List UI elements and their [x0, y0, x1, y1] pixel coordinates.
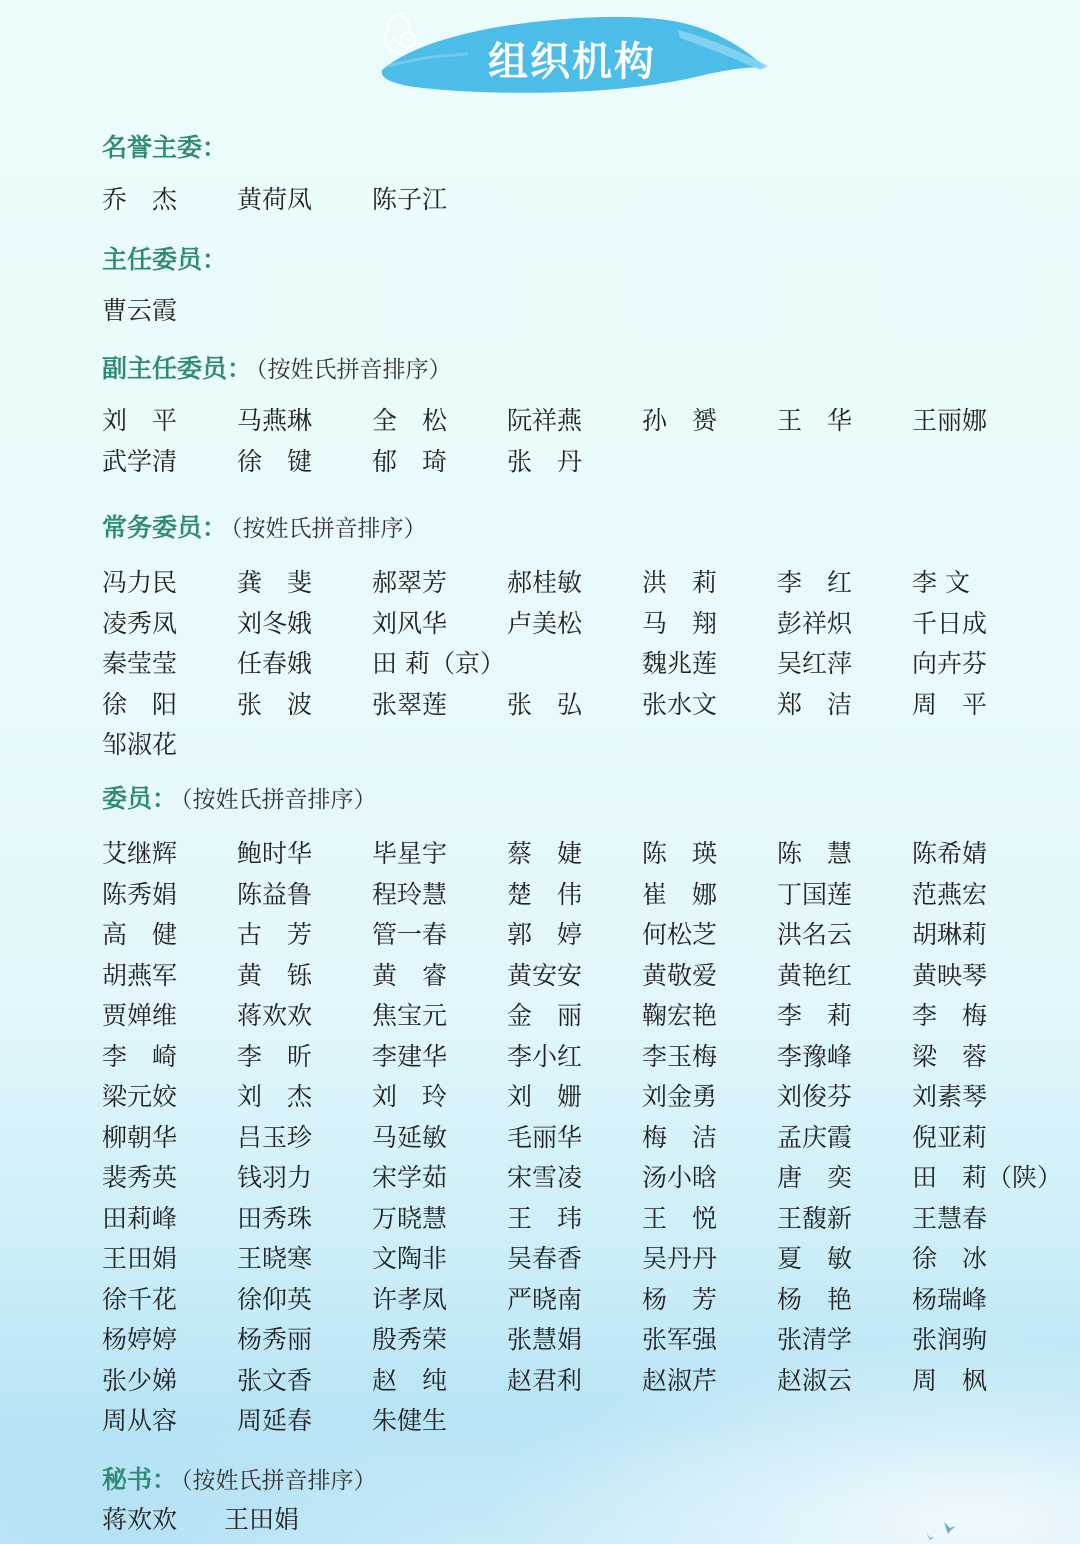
list-item: 陈希婧 — [912, 834, 1047, 875]
list-item: 吴春香 — [507, 1239, 642, 1280]
list-item: 梁 蓉 — [912, 1037, 1047, 1078]
name-list: 冯力民龚 斐郝翠芳郝桂敏洪 莉李 红李 文凌秀凤刘冬娥刘风华卢美松马 翔彭祥炽千… — [102, 563, 1047, 766]
name-list: 艾继辉鲍时华毕星宇蔡 婕陈 瑛陈 慧陈希婧陈秀娟陈益鲁程玲慧楚 伟崔 娜丁国莲范… — [102, 834, 1047, 1442]
list-item: 文陶非 — [372, 1239, 507, 1280]
list-item: 李 昕 — [237, 1037, 372, 1078]
list-item: 李建华 — [372, 1037, 507, 1078]
section-title: 副主任委员：（按姓氏拼音排序） — [102, 352, 1047, 387]
title-banner: 组织机构 — [378, 8, 770, 100]
list-item: 郝桂敏 — [507, 563, 642, 604]
list-item: 钱羽力 — [237, 1158, 372, 1199]
list-item: 范燕宏 — [912, 875, 1047, 916]
list-item: 刘金勇 — [642, 1077, 777, 1118]
section-title: 主任委员： — [102, 243, 1047, 277]
section-title: 秘书：（按姓氏拼音排序） — [102, 1463, 377, 1498]
list-item: 李小红 — [507, 1037, 642, 1078]
list-item: 张清学 — [777, 1320, 912, 1361]
list-item: 楚 伟 — [507, 875, 642, 916]
list-item: 王 悦 — [642, 1199, 777, 1240]
list-item: 乔 杰 — [102, 180, 237, 221]
list-item: 王 玮 — [507, 1199, 642, 1240]
list-item: 李 崎 — [102, 1037, 237, 1078]
list-item: 刘 姗 — [507, 1077, 642, 1118]
list-item: 向卉芬 — [912, 644, 1047, 685]
list-item: 刘 平 — [102, 401, 237, 442]
list-item: 周 枫 — [912, 1361, 1047, 1402]
list-item: 宋雪凌 — [507, 1158, 642, 1199]
list-item: 马 翔 — [642, 604, 777, 645]
list-item: 陈 慧 — [777, 834, 912, 875]
list-item: 张慧娟 — [507, 1320, 642, 1361]
list-item: 李 文 — [912, 563, 1047, 604]
list-item: 胡燕军 — [102, 956, 237, 997]
list-item: 李 莉 — [777, 996, 912, 1037]
list-item: 许孝凤 — [372, 1280, 507, 1321]
list-item: 任春娥 — [237, 644, 372, 685]
list-item: 黄荷凤 — [237, 180, 372, 221]
list-item: 吕玉珍 — [237, 1118, 372, 1159]
list-item: 程玲慧 — [372, 875, 507, 916]
list-item: 朱健生 — [372, 1401, 507, 1442]
list-item: 崔 娜 — [642, 875, 777, 916]
list-item: 刘素琴 — [912, 1077, 1047, 1118]
section-vice-chairs: 副主任委员：（按姓氏拼音排序） 刘 平马燕琳全 松阮祥燕孙 赟王 华王丽娜武学清… — [102, 352, 1047, 482]
section-title: 常务委员：（按姓氏拼音排序） — [102, 511, 1047, 546]
list-item: 刘风华 — [372, 604, 507, 645]
list-item: 魏兆莲 — [642, 644, 777, 685]
list-item: 郝翠芳 — [372, 563, 507, 604]
list-item: 孙 赟 — [642, 401, 777, 442]
list-item: 倪亚莉 — [912, 1118, 1047, 1159]
list-item: 凌秀凤 — [102, 604, 237, 645]
list-item: 梅 洁 — [642, 1118, 777, 1159]
list-item: 张 弘 — [507, 685, 642, 726]
list-item: 王 华 — [777, 401, 912, 442]
list-item: 金 丽 — [507, 996, 642, 1037]
section-title: 名誉主委： — [102, 131, 1047, 165]
list-item: 张水文 — [642, 685, 777, 726]
list-item: 蔡 婕 — [507, 834, 642, 875]
list-item: 李 梅 — [912, 996, 1047, 1037]
list-item: 杨婷婷 — [102, 1320, 237, 1361]
list-item: 冯力民 — [102, 563, 237, 604]
list-item: 王馥新 — [777, 1199, 912, 1240]
list-item: 卢美松 — [507, 604, 642, 645]
list-item: 殷秀荣 — [372, 1320, 507, 1361]
list-item: 陈秀娟 — [102, 875, 237, 916]
list-item: 张少娣 — [102, 1361, 237, 1402]
list-item: 万晓慧 — [372, 1199, 507, 1240]
list-item: 焦宝元 — [372, 996, 507, 1037]
list-item: 刘俊芬 — [777, 1077, 912, 1118]
list-item: 贾婵维 — [102, 996, 237, 1037]
list-item: 陈子江 — [372, 180, 507, 221]
name-list: 蒋欢欢王田娟 — [102, 1500, 377, 1541]
sort-note: （按姓氏拼音排序） — [181, 787, 377, 813]
section-chair: 主任委员： 曹云霞 — [102, 243, 1047, 332]
list-item: 杨 芳 — [642, 1280, 777, 1321]
list-item: 邹淑花 — [102, 725, 237, 766]
list-item: 杨瑞峰 — [912, 1280, 1047, 1321]
name-list: 乔 杰 黄荷凤 陈子江 — [102, 180, 1047, 221]
list-item: 徐 阳 — [102, 685, 237, 726]
section-honorary: 名誉主委： 乔 杰 黄荷凤 陈子江 — [102, 131, 1047, 221]
list-item: 田 莉（陕） — [912, 1158, 1047, 1199]
list-item: 黄 铄 — [237, 956, 372, 997]
list-item: 吴红萍 — [777, 644, 912, 685]
list-item: 王慧春 — [912, 1199, 1047, 1240]
list-item: 吴丹丹 — [642, 1239, 777, 1280]
list-item: 赵 纯 — [372, 1361, 507, 1402]
list-item: 杨 艳 — [777, 1280, 912, 1321]
list-item: 田莉峰 — [102, 1199, 237, 1240]
list-item: 黄 睿 — [372, 956, 507, 997]
list-item: 田秀珠 — [237, 1199, 372, 1240]
list-item: 梁元姣 — [102, 1077, 237, 1118]
list-item: 张文香 — [237, 1361, 372, 1402]
list-item: 洪 莉 — [642, 563, 777, 604]
list-item: 张军强 — [642, 1320, 777, 1361]
list-item: 夏 敏 — [777, 1239, 912, 1280]
list-item: 龚 斐 — [237, 563, 372, 604]
sort-note: （按姓氏拼音排序） — [231, 516, 427, 542]
list-item: 郭 婷 — [507, 915, 642, 956]
list-item: 王晓寒 — [237, 1239, 372, 1280]
list-item: 赵淑云 — [777, 1361, 912, 1402]
list-item: 周 平 — [912, 685, 1047, 726]
list-item: 赵淑芹 — [642, 1361, 777, 1402]
list-item: 李玉梅 — [642, 1037, 777, 1078]
list-item: 蒋欢欢 — [237, 996, 372, 1037]
list-item: 高 健 — [102, 915, 237, 956]
list-item: 郁 琦 — [372, 442, 507, 483]
sort-note: （按姓氏拼音排序） — [181, 1468, 377, 1494]
list-item: 郑 洁 — [777, 685, 912, 726]
mother-child-icon — [378, 8, 424, 58]
section-standing: 常务委员：（按姓氏拼音排序） 冯力民龚 斐郝翠芳郝桂敏洪 莉李 红李 文凌秀凤刘… — [102, 511, 1047, 766]
list-item: 徐千花 — [102, 1280, 237, 1321]
list-item: 秦莹莹 — [102, 644, 237, 685]
list-item: 赵君利 — [507, 1361, 642, 1402]
list-item: 严晓南 — [507, 1280, 642, 1321]
list-item: 徐 冰 — [912, 1239, 1047, 1280]
list-item: 鲍时华 — [237, 834, 372, 875]
list-item: 曹云霞 — [102, 291, 237, 332]
list-item: 杨秀丽 — [237, 1320, 372, 1361]
list-item: 黄艳红 — [777, 956, 912, 997]
list-item: 裴秀英 — [102, 1158, 237, 1199]
list-item: 鞠宏艳 — [642, 996, 777, 1037]
list-item: 王田娟 — [102, 1239, 237, 1280]
list-item: 张 丹 — [507, 442, 642, 483]
list-item: 胡琳莉 — [912, 915, 1047, 956]
list-item: 孟庆霞 — [777, 1118, 912, 1159]
list-item: 蒋欢欢 — [102, 1500, 224, 1541]
list-item: 张 波 — [237, 685, 372, 726]
list-item: 刘 杰 — [237, 1077, 372, 1118]
list-item: 武学清 — [102, 442, 237, 483]
name-list: 刘 平马燕琳全 松阮祥燕孙 赟王 华王丽娜武学清徐 键郁 琦张 丹 — [102, 401, 1047, 482]
list-item: 唐 奕 — [777, 1158, 912, 1199]
list-item: 田 莉（京） — [372, 644, 507, 685]
list-item: 徐 键 — [237, 442, 372, 483]
list-item: 张润驹 — [912, 1320, 1047, 1361]
list-item: 马延敏 — [372, 1118, 507, 1159]
list-item: 柳朝华 — [102, 1118, 237, 1159]
page-title: 组织机构 — [488, 30, 656, 87]
list-item: 马燕琳 — [237, 401, 372, 442]
list-item: 全 松 — [372, 401, 507, 442]
list-item: 阮祥燕 — [507, 401, 642, 442]
list-item: 周延春 — [237, 1401, 372, 1442]
list-item: 王丽娜 — [912, 401, 1047, 442]
list-item: 何松芝 — [642, 915, 777, 956]
list-item: 黄敬爱 — [642, 956, 777, 997]
list-item: 陈益鲁 — [237, 875, 372, 916]
list-item: 宋学茹 — [372, 1158, 507, 1199]
name-list: 曹云霞 — [102, 291, 1047, 332]
list-item — [507, 644, 642, 685]
list-item: 毕星宇 — [372, 834, 507, 875]
list-item: 周从容 — [102, 1401, 237, 1442]
list-item: 洪名云 — [777, 915, 912, 956]
list-item: 陈 瑛 — [642, 834, 777, 875]
birds-icon — [920, 1520, 980, 1544]
list-item: 管一春 — [372, 915, 507, 956]
list-item: 李豫峰 — [777, 1037, 912, 1078]
list-item: 张翠莲 — [372, 685, 507, 726]
list-item: 千日成 — [912, 604, 1047, 645]
list-item: 丁国莲 — [777, 875, 912, 916]
list-item: 汤小晗 — [642, 1158, 777, 1199]
section-members: 委员：（按姓氏拼音排序） 艾继辉鲍时华毕星宇蔡 婕陈 瑛陈 慧陈希婧陈秀娟陈益鲁… — [102, 782, 1047, 1442]
list-item: 黄映琴 — [912, 956, 1047, 997]
sort-note: （按姓氏拼音排序） — [256, 357, 452, 383]
list-item: 艾继辉 — [102, 834, 237, 875]
section-secretaries: 秘书：（按姓氏拼音排序） 蒋欢欢王田娟 — [102, 1463, 377, 1541]
list-item: 彭祥炽 — [777, 604, 912, 645]
list-item: 毛丽华 — [507, 1118, 642, 1159]
list-item: 刘冬娥 — [237, 604, 372, 645]
list-item: 徐仰英 — [237, 1280, 372, 1321]
list-item: 王田娟 — [224, 1500, 359, 1541]
section-title: 委员：（按姓氏拼音排序） — [102, 782, 1047, 817]
list-item: 刘 玲 — [372, 1077, 507, 1118]
list-item: 古 芳 — [237, 915, 372, 956]
list-item: 黄安安 — [507, 956, 642, 997]
list-item: 李 红 — [777, 563, 912, 604]
